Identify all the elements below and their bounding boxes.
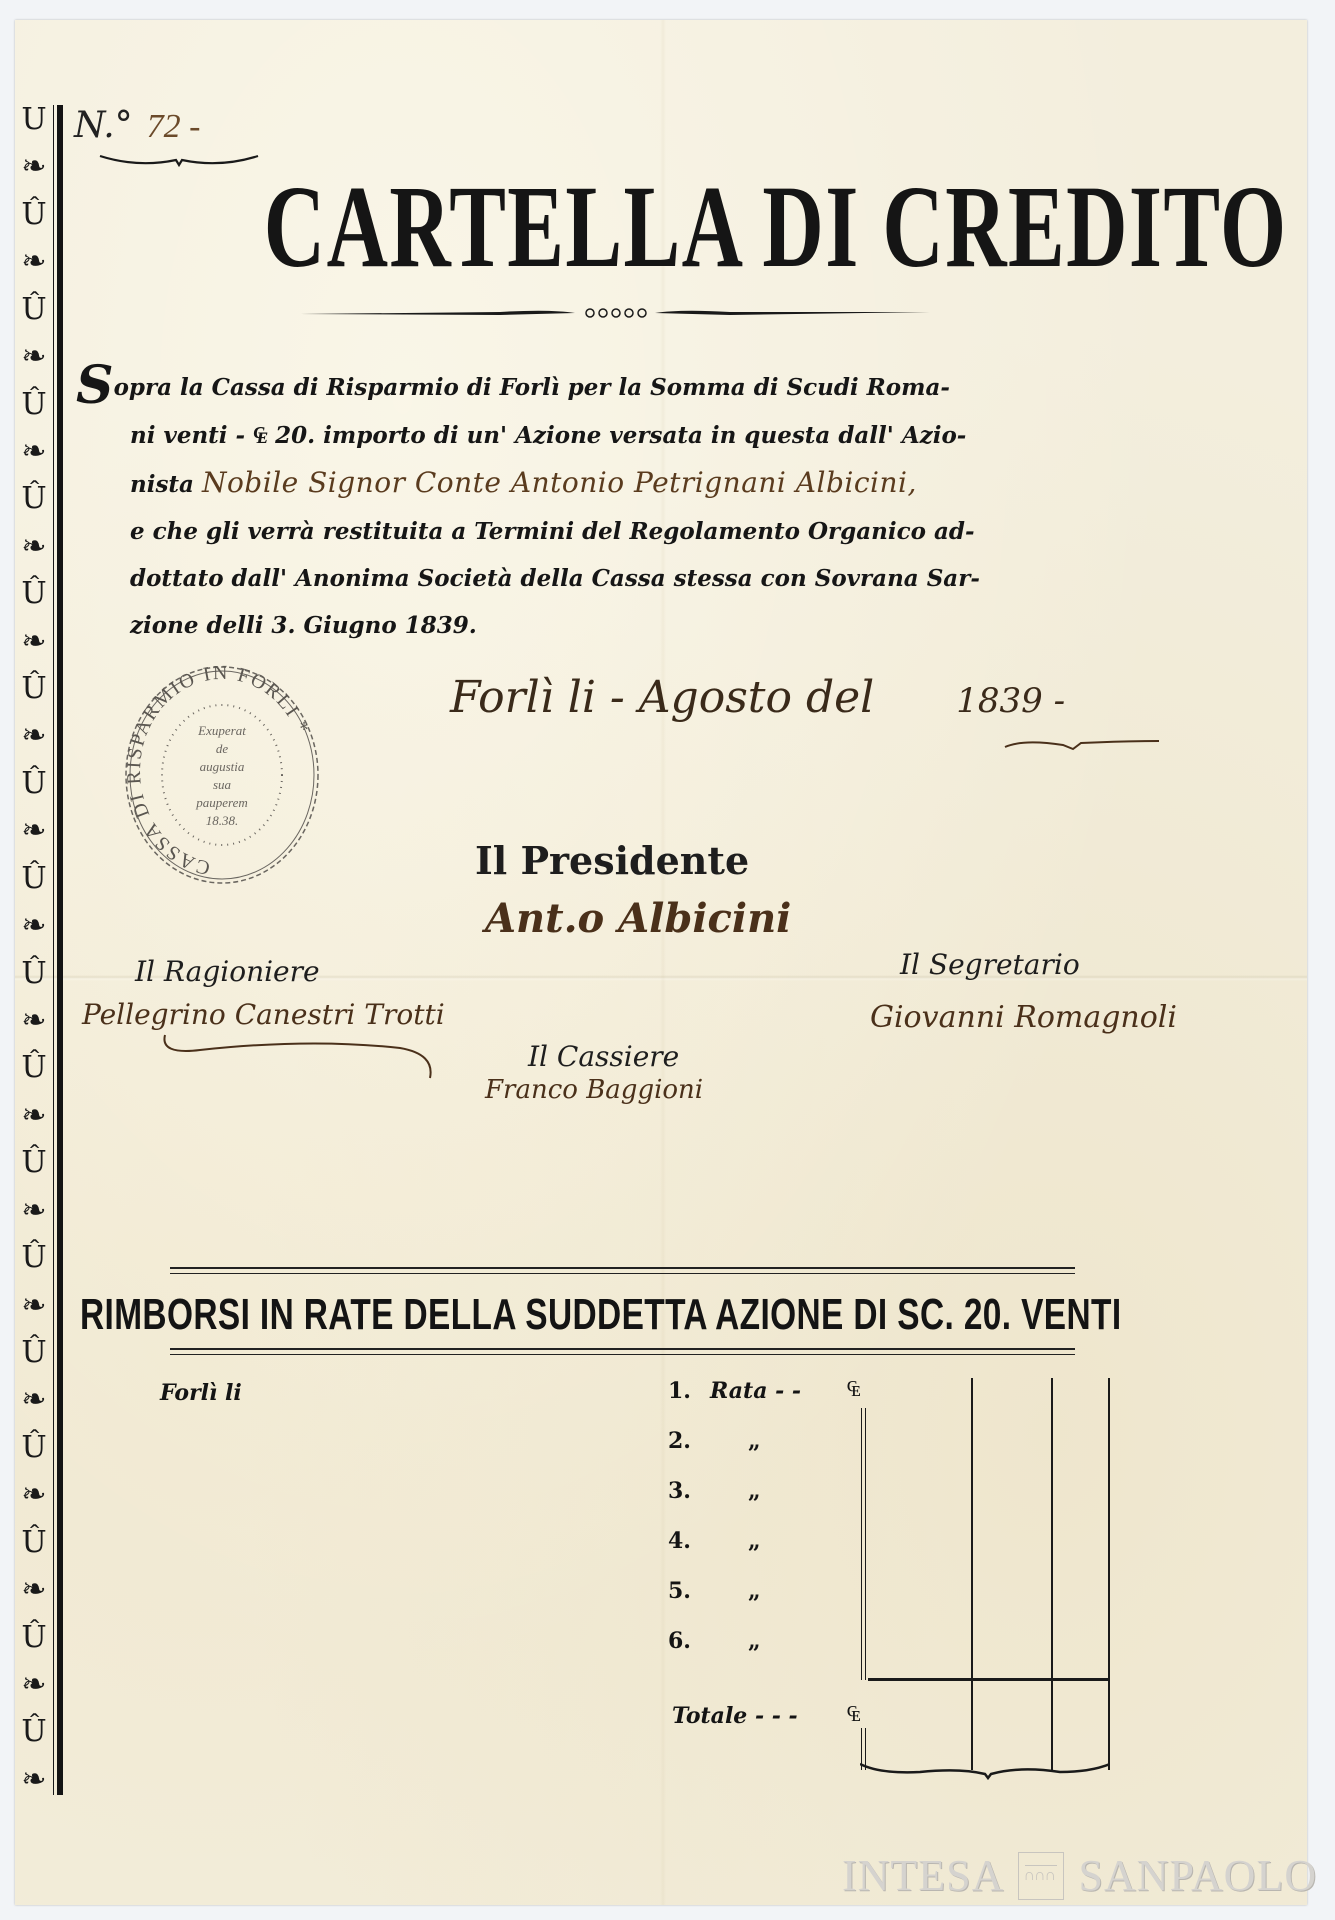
credit-statement: Sopra la Cassa di Risparmio di Forlì per… [76,360,1151,649]
left-ornamental-border: Û ❧ Û ❧ Û ❧ Û ❧ Û ❧ Û ❧ Û ❧ Û ❧ Û ❧ Û ❧ … [18,105,50,1795]
installment-5-ditto: „ [748,1578,761,1604]
scroll-ornament-icon: ❧ [21,1480,46,1510]
installment-1-label: Rata - - [710,1378,801,1404]
installment-3-ditto: „ [748,1478,761,1504]
brace-ornament-icon [98,150,260,170]
scroll-ornament-icon: ❧ [21,1196,46,1226]
scroll-ornament-icon: Û [21,1433,46,1463]
statement-line-4: e che gli verrà restituita a Termini del… [76,508,1151,555]
scroll-ornament-icon: Û [21,105,46,135]
serial-value: 72 - [147,108,201,145]
scroll-ornament-icon: ❧ [21,247,46,277]
year-underline-flourish-icon [1003,735,1161,753]
ragioniere-flourish-icon [160,1020,450,1080]
installment-6-num: 6. [668,1628,691,1654]
installment-4-ditto: „ [748,1528,761,1554]
statement-line-3: nista Nobile Signor Conte Antonio Petrig… [76,459,1151,508]
scroll-ornament-icon: ❧ [21,816,46,846]
scroll-ornament-icon: Û [21,390,46,420]
embossed-seal-icon: CASSA DI RISPARMIO IN FORLI * Exuperat d… [122,663,322,888]
scroll-ornament-icon: Û [21,1243,46,1273]
intesa-sanpaolo-watermark: INTESA SANPAOLO [842,1850,1317,1901]
serial-number: N.°72 - [74,104,200,146]
scroll-ornament-icon: ❧ [21,1575,46,1605]
installment-4-num: 4. [668,1528,691,1554]
segretario-title: Il Segretario [900,948,1080,981]
repayment-place-label: Forlì li [160,1380,242,1406]
scroll-ornament-icon: Û [21,959,46,989]
scroll-ornament-icon: ❧ [21,1385,46,1415]
left-border-rule [53,105,63,1795]
ragioniere-title: Il Ragioniere [135,955,320,988]
repayments-heading: RIMBORSI IN RATE DELLA SUDDETTA AZIONE D… [80,1290,939,1340]
installment-2-num: 2. [668,1428,691,1454]
installment-5-num: 5. [668,1578,691,1604]
scudo-symbol-icon: ₠ [847,1701,861,1727]
statement-line-2: ni venti - ₠ 20. importo di un' Azione v… [76,412,1151,459]
ledger-double-rule [861,1408,866,1680]
section-rule-bottom [170,1348,1075,1355]
svg-text:sua: sua [213,777,232,792]
installment-6-ditto: „ [748,1628,761,1654]
presidente-title: Il Presidente [475,838,749,883]
scroll-ornament-icon: Û [21,1623,46,1653]
scroll-ornament-icon: Û [21,864,46,894]
installment-1-num: 1. [668,1378,691,1404]
scroll-ornament-icon: Û [21,769,46,799]
date-year: 1839 - [956,681,1065,721]
date-place-day: Forlì li - [450,672,625,723]
scroll-ornament-icon: ❧ [21,627,46,657]
ledger-column-line-1 [971,1378,973,1770]
cassiere-signature: Franco Baggioni [485,1075,703,1105]
ledger-column-line-3 [1108,1378,1110,1770]
scroll-ornament-icon: ❧ [21,342,46,372]
scroll-ornament-icon: Û [21,1148,46,1178]
section-rule-top [170,1267,1075,1274]
total-label: Totale - - - [672,1703,798,1729]
svg-text:augustia: augustia [200,759,245,774]
scroll-ornament-icon: ❧ [21,437,46,467]
dropcap-letter: S [76,355,114,416]
issue-date-handwritten: Forlì li - Agosto del 1839 - [450,672,1065,723]
scroll-ornament-icon: Û [21,1717,46,1747]
cassiere-title: Il Cassiere [528,1040,679,1073]
scroll-ornament-icon: ❧ [21,1101,46,1131]
svg-text:de: de [216,741,229,756]
scroll-ornament-icon: ❧ [21,1670,46,1700]
scroll-ornament-icon: ❧ [21,911,46,941]
scroll-ornament-icon: ❧ [21,532,46,562]
scroll-ornament-icon: ❧ [21,1291,46,1321]
scroll-ornament-icon: ❧ [21,721,46,751]
date-month: Agosto del [639,672,874,723]
installment-3-num: 3. [668,1478,691,1504]
bank-logo-icon [1018,1852,1064,1900]
scroll-ornament-icon: ❧ [21,1765,46,1795]
shareholder-name-handwritten: Nobile Signor Conte Antonio Petrignani A… [202,466,917,499]
scroll-ornament-icon: Û [21,484,46,514]
scroll-ornament-icon: Û [21,674,46,704]
paper-fold-vertical [660,20,666,1905]
title-divider-ornament-icon [300,305,930,321]
statement-line-1: Sopra la Cassa di Risparmio di Forlì per… [76,360,1151,412]
scroll-ornament-icon: Û [21,1528,46,1558]
scroll-ornament-icon: ❧ [21,152,46,182]
scroll-ornament-icon: Û [21,1338,46,1368]
scroll-ornament-icon: ❧ [21,1006,46,1036]
scudo-symbol-icon: ₠ [847,1376,861,1402]
scroll-ornament-icon: Û [21,579,46,609]
scroll-ornament-icon: Û [21,200,46,230]
watermark-left-text: INTESA [842,1850,1004,1901]
svg-text:pauperem: pauperem [195,795,248,810]
scroll-ornament-icon: Û [21,1053,46,1083]
watermark-right-text: SANPAOLO [1078,1850,1317,1901]
segretario-signature: Giovanni Romagnoli [870,1000,1177,1035]
ledger-brace-ornament-icon [860,1760,1110,1784]
ledger-total-rule [868,1678,1110,1681]
statement-line-6: zione delli 3. Giugno 1839. [76,602,1151,649]
document-title: CARTELLA DI CREDITO [264,168,962,286]
installment-2-ditto: „ [748,1428,761,1454]
scroll-ornament-icon: Û [21,295,46,325]
ledger-column-line-2 [1051,1378,1053,1770]
svg-text:Exuperat: Exuperat [197,723,246,738]
statement-line-5: dottato dall' Anonima Società della Cass… [76,555,1151,602]
serial-label: N.° [74,105,133,146]
svg-text:18.38.: 18.38. [206,813,239,828]
presidente-signature: Ant.o Albicini [485,895,791,942]
